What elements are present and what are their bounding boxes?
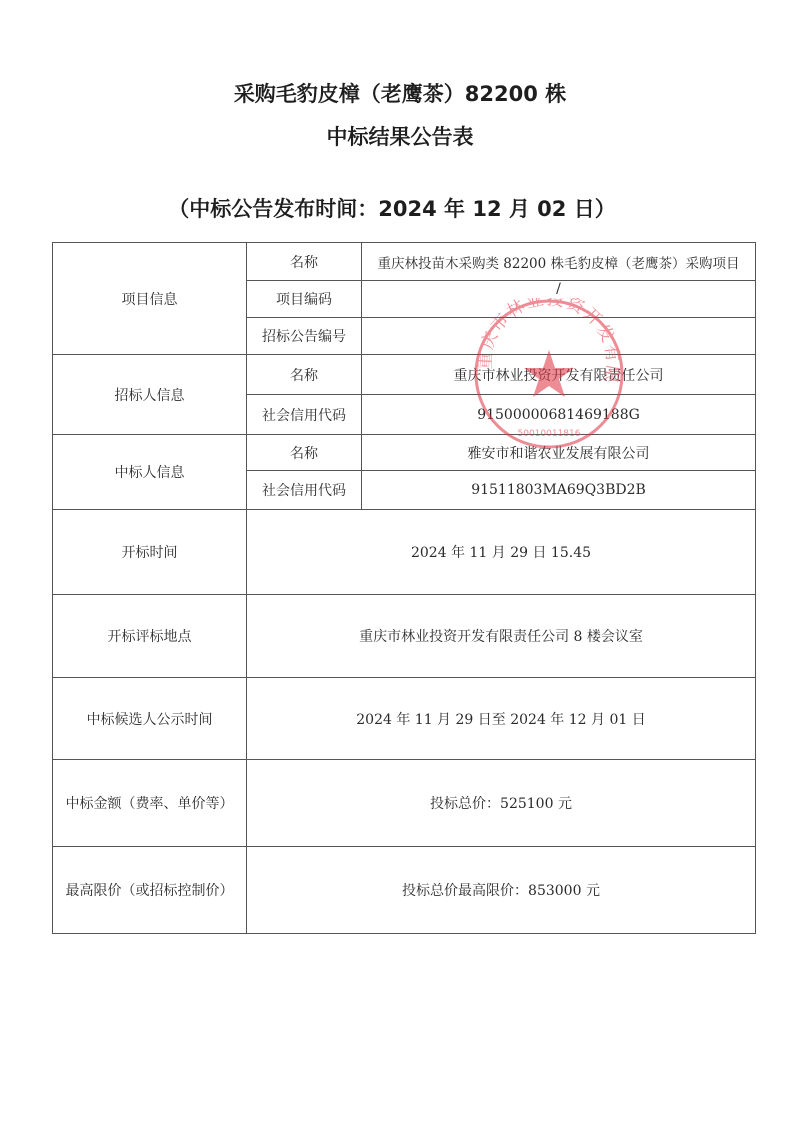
tenderer-name-value: 重庆市林业投资开发有限责任公司: [362, 355, 756, 395]
field-label: 项目编码: [247, 281, 362, 318]
publicity-period-label: 中标候选人公示时间: [53, 678, 247, 760]
winner-info-label: 中标人信息: [53, 435, 247, 510]
winning-amount-value: 投标总价：525100 元: [247, 760, 756, 847]
tenderer-credit-code-value: 91500000681469188G: [362, 395, 756, 435]
announcement-number-value: [362, 318, 756, 355]
field-label: 名称: [247, 243, 362, 281]
table-row: 开标评标地点 重庆市林业投资开发有限责任公司 8 楼会议室: [53, 595, 756, 678]
winner-credit-code-value: 91511803MA69Q3BD2B: [362, 471, 756, 510]
field-label: 名称: [247, 355, 362, 395]
publicity-period-value: 2024 年 11 月 29 日至 2024 年 12 月 01 日: [247, 678, 756, 760]
winning-amount-label: 中标金额（费率、单价等）: [53, 760, 247, 847]
max-price-label: 最高限价（或招标控制价）: [53, 847, 247, 934]
table-row: 开标时间 2024 年 11 月 29 日 15.45: [53, 510, 756, 595]
field-label: 社会信用代码: [247, 471, 362, 510]
bid-location-label: 开标评标地点: [53, 595, 247, 678]
tenderer-info-label: 招标人信息: [53, 355, 247, 435]
table-row: 中标候选人公示时间 2024 年 11 月 29 日至 2024 年 12 月 …: [53, 678, 756, 760]
document-title: 采购毛豹皮樟（老鹰茶）82200 株: [0, 78, 800, 108]
table-row: 招标人信息 名称 重庆市林业投资开发有限责任公司: [53, 355, 756, 395]
bid-location-value: 重庆市林业投资开发有限责任公司 8 楼会议室: [247, 595, 756, 678]
bid-opening-time-value: 2024 年 11 月 29 日 15.45: [247, 510, 756, 595]
result-table: 项目信息 名称 重庆林投苗木采购类 82200 株毛豹皮樟（老鹰茶）采购项目 项…: [52, 242, 756, 934]
table-row: 最高限价（或招标控制价） 投标总价最高限价：853000 元: [53, 847, 756, 934]
document-subtitle: 中标结果公告表: [0, 121, 800, 151]
table-row: 项目信息 名称 重庆林投苗木采购类 82200 株毛豹皮樟（老鹰茶）采购项目: [53, 243, 756, 281]
publish-time: （中标公告发布时间：2024 年 12 月 02 日）: [0, 193, 792, 223]
project-name-value: 重庆林投苗木采购类 82200 株毛豹皮樟（老鹰茶）采购项目: [362, 243, 756, 281]
project-code-value: /: [362, 281, 756, 318]
field-label: 名称: [247, 435, 362, 471]
max-price-value: 投标总价最高限价：853000 元: [247, 847, 756, 934]
bid-opening-time-label: 开标时间: [53, 510, 247, 595]
field-label: 社会信用代码: [247, 395, 362, 435]
table-row: 中标金额（费率、单价等） 投标总价：525100 元: [53, 760, 756, 847]
field-label: 招标公告编号: [247, 318, 362, 355]
project-info-label: 项目信息: [53, 243, 247, 355]
winner-name-value: 雅安市和谐农业发展有限公司: [362, 435, 756, 471]
table-row: 中标人信息 名称 雅安市和谐农业发展有限公司: [53, 435, 756, 471]
